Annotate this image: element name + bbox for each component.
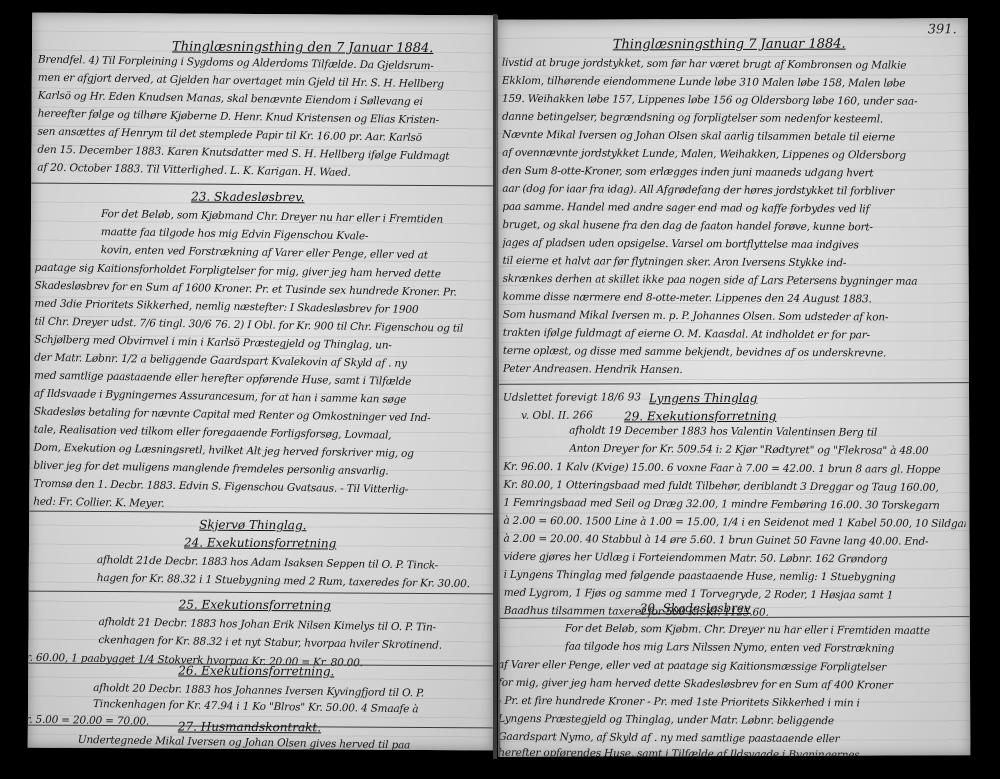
right-ledger-page: 391. Thinglæsningsthing 7 Januar 1884. l…: [496, 18, 971, 757]
entry-continued: Brendfel. 4) Til Forpleining i Sygdoms o…: [32, 13, 497, 16]
thinglag-heading: Lyngens Thinglag: [649, 391, 757, 405]
margin-note: Udslettet forevigt 18/6 93: [503, 391, 641, 403]
entry-heading: 25. Exekutionsforretning: [179, 597, 331, 612]
right-page-header: Thinglæsningsthing 7 Januar 1884.: [613, 37, 846, 53]
entry-25: 25. Exekutionsforretning afholdt 21 Decb…: [32, 13, 497, 16]
page-number: 391.: [928, 22, 957, 37]
entry-heading: 24. Exekutionsforretning: [184, 536, 336, 551]
entry-27: 27. Husmandskontrakt. Undertegnede Mikal…: [32, 13, 497, 16]
thinglag-heading: Skjervø Thinglag.: [199, 518, 306, 533]
text-line: Peter Andreasen. Hendrik Hansen.: [503, 360, 965, 382]
entry-heading: 23. Skadesløsbrev.: [191, 190, 304, 205]
entry-26: 26. Exekutionsforretning. afholdt 20 Dec…: [32, 13, 497, 16]
entry-23: 23. Skadesløsbrev. For det Beløb, som Kj…: [32, 13, 497, 16]
entry-27-continued: livstid at bruge jordstykket, som før ha…: [498, 18, 968, 20]
text-line: herefter opførendes Huse, samt i Tilfæld…: [498, 744, 966, 757]
left-ledger-page: Thinglæsningsthing den 7 Januar 1884. Br…: [28, 13, 497, 751]
entry-heading: 26. Exekutionsforretning.: [178, 663, 334, 678]
entry-heading: 30. Skadesløsbrev: [640, 601, 751, 615]
entry-24: Skjervø Thinglag. 24. Exekutionsforretni…: [32, 13, 497, 16]
entry-30: 30. Skadesløsbrev For det Beløb, som Kjø…: [498, 18, 968, 20]
margin-note: v. Obl. II. 266: [521, 409, 593, 421]
entry-29: Udslettet forevigt 18/6 93 v. Obl. II. 2…: [498, 18, 968, 20]
divider: [499, 382, 969, 385]
